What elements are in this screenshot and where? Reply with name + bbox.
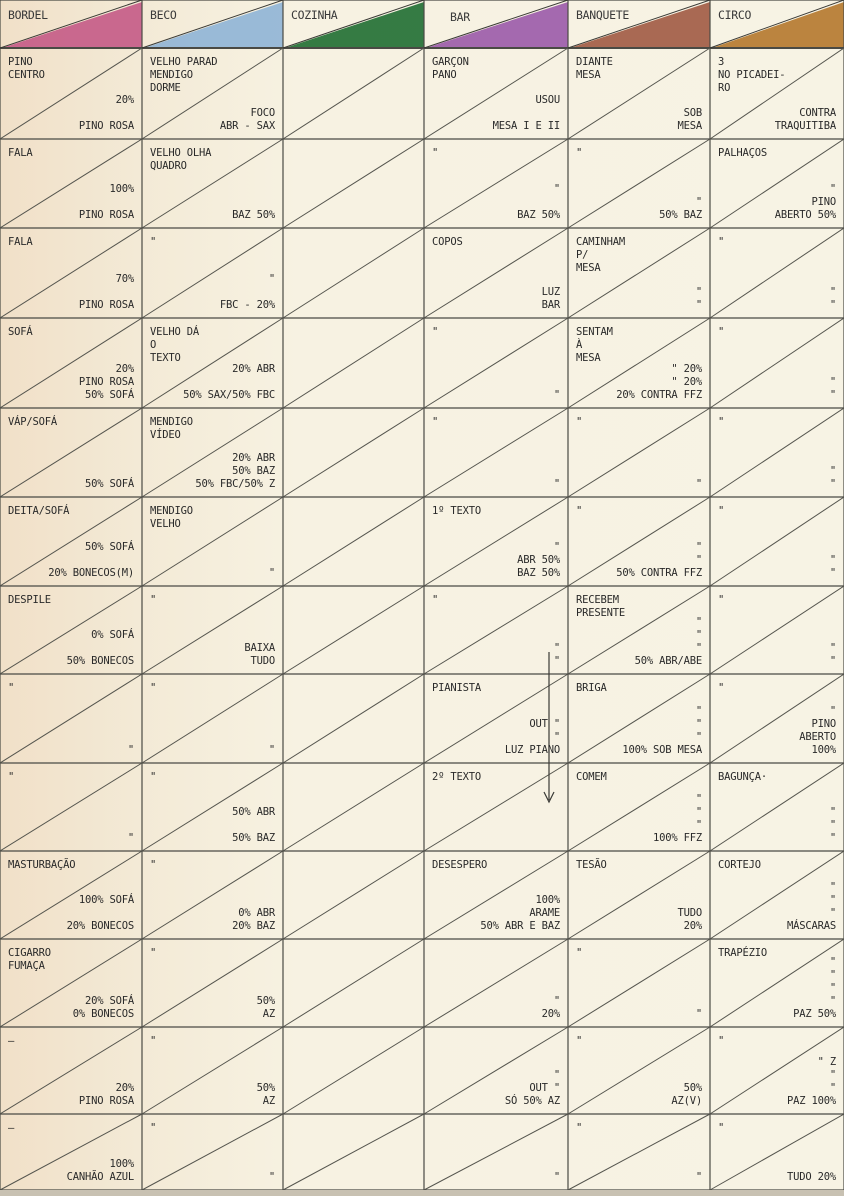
cue-action: VELHO DÁ O TEXTO (150, 326, 199, 365)
cue-light-level: " PINO ABERTO 50% (775, 183, 836, 222)
cue-action: RECEBEM PRESENTE (576, 594, 625, 620)
cue-action: " (150, 1035, 156, 1048)
cue-cell: " 20% (424, 939, 568, 1027)
cue-cell: "BAIXA TUDO (142, 586, 283, 674)
cue-action: 1º TEXTO (432, 505, 481, 518)
cue-light-level: " (128, 832, 134, 845)
cue-light-level: " " (830, 376, 836, 402)
cue-cell: VELHO OLHA QUADROBAZ 50% (142, 139, 283, 228)
cue-action: TRAPÉZIO (718, 947, 767, 960)
cue-light-level: " " (830, 465, 836, 491)
cue-light-level: " OUT " SÓ 50% AZ (505, 1069, 560, 1108)
cue-action: " (718, 682, 724, 695)
cue-cell: "" BAZ 50% (424, 139, 568, 228)
cue-action: " (150, 236, 156, 249)
cue-light-level: 20% PINO ROSA 50% SOFÁ (79, 363, 134, 402)
cue-action: PINO CENTRO (8, 56, 45, 82)
cue-action: MENDIGO VÍDEO (150, 416, 193, 442)
cue-action: " (576, 1035, 582, 1048)
cue-cell: CAMINHAM P/ MESA" " (568, 228, 710, 318)
cue-action: " (432, 326, 438, 339)
cue-cell: "" (0, 763, 142, 851)
cue-cell: "" PINO ABERTO 100% (710, 674, 844, 763)
cue-light-level: " ABR 50% BAZ 50% (517, 541, 560, 580)
cue-cell: RECEBEM PRESENTE" " " 50% ABR/ABE (568, 586, 710, 674)
cue-cell: CORTEJO" " " MÁSCARAS (710, 851, 844, 939)
cue-action: CAMINHAM P/ MESA (576, 236, 625, 275)
cue-action: VÁP/SOFÁ (8, 416, 57, 429)
cue-light-level: 100% SOFÁ 20% BONECOS (67, 894, 134, 933)
cue-cell: COPOSLUZ BAR (424, 228, 568, 318)
cue-action: " (718, 326, 724, 339)
cue-cell: TRAPÉZIO" " " " PAZ 50% (710, 939, 844, 1027)
cue-cell: "" (142, 674, 283, 763)
cue-cell: VELHO PARAD MENDIGO DORMEFOCO ABR - SAX (142, 48, 283, 139)
cue-cell: —20% PINO ROSA (0, 1027, 142, 1114)
cue-action: " (718, 236, 724, 249)
cue-cell: 3 NO PICADEI- ROCONTRA TRAQUITIBA (710, 48, 844, 139)
cue-cell (283, 851, 424, 939)
lighting-cue-sheet: BORDELBECOCOZINHABARBANQUETECIRCO PINO C… (0, 0, 844, 1196)
header-color-swatch (426, 2, 568, 48)
cue-cell: "" (0, 674, 142, 763)
cue-action: " (718, 505, 724, 518)
column-header-banquete: BANQUETE (576, 8, 629, 22)
cue-cell: TESÃOTUDO 20% (568, 851, 710, 939)
cue-action: " (150, 594, 156, 607)
cue-cell: 1º TEXTO" ABR 50% BAZ 50% (424, 497, 568, 586)
cue-light-level: " (554, 389, 560, 402)
cue-light-level: TUDO 20% (678, 907, 703, 933)
cue-action: DEITA/SOFÁ (8, 505, 69, 518)
cue-cell: "" " (424, 586, 568, 674)
cue-cell: "0% ABR 20% BAZ (142, 851, 283, 939)
cue-cell: DESPILE0% SOFÁ 50% BONECOS (0, 586, 142, 674)
cue-cell: GARÇON PANOUSOU MESA I e II (424, 48, 568, 139)
cue-action: PIANISTA (432, 682, 481, 695)
cue-light-level: " PINO ABERTO 100% (799, 705, 836, 757)
cue-light-level: " " (554, 642, 560, 668)
cue-light-level: 50% SOFÁ 20% BONECOS(M) (48, 541, 134, 580)
cue-cell: CIGARRO FUMAÇA20% SOFÁ 0% BONECOS (0, 939, 142, 1027)
cue-action: " (718, 1122, 724, 1135)
cue-action: " (8, 771, 14, 784)
column-header-bar: BAR (450, 10, 470, 24)
cue-action: MASTURBAÇÃO (8, 859, 75, 872)
cue-cell: MASTURBAÇÃO100% SOFÁ 20% BONECOS (0, 851, 142, 939)
cue-action: — (8, 1035, 14, 1048)
cue-action: " (432, 594, 438, 607)
cue-cell: " OUT " SÓ 50% AZ (424, 1027, 568, 1114)
cue-light-level: " Z " " PAZ 100% (787, 1056, 836, 1108)
cue-light-level: TUDO 20% (787, 1171, 836, 1184)
cue-cell: "" " (710, 408, 844, 497)
cue-action: " (576, 505, 582, 518)
cue-action: " (432, 416, 438, 429)
cue-action: " (576, 1122, 582, 1135)
cue-cell: "" " (710, 497, 844, 586)
cue-cell: "" (568, 1114, 710, 1190)
cue-action: " (150, 947, 156, 960)
cue-light-level: " " (830, 286, 836, 312)
cue-light-level: " " " MÁSCARAS (787, 881, 836, 933)
cue-cell: "" (424, 408, 568, 497)
cue-light-level: " FBC - 20% (220, 273, 275, 312)
cue-light-level: BAZ 50% (232, 209, 275, 222)
cue-light-level: " (696, 1008, 702, 1021)
cue-cell: " (424, 1114, 568, 1190)
cue-cell: "" " (710, 228, 844, 318)
cue-light-level: " " " (830, 806, 836, 845)
cue-cell (283, 1027, 424, 1114)
cue-light-level: BAIXA TUDO (244, 642, 275, 668)
cue-light-level: LUZ BAR (542, 286, 560, 312)
cue-cell: SOFÁ20% PINO ROSA 50% SOFÁ (0, 318, 142, 408)
cue-action: " (576, 416, 582, 429)
cue-cell: "" (568, 939, 710, 1027)
cue-light-level: " BAZ 50% (517, 183, 560, 222)
cue-action: " (576, 147, 582, 160)
cue-action: TESÃO (576, 859, 607, 872)
cue-cell: MENDIGO VELHO" (142, 497, 283, 586)
cue-light-level: OUT " " LUZ PIANO (505, 718, 560, 757)
cue-cell: PALHAÇOS" PINO ABERTO 50% (710, 139, 844, 228)
cue-cell: "" (142, 1114, 283, 1190)
cue-cell (283, 1114, 424, 1190)
cue-light-level: 20% PINO ROSA (79, 1082, 134, 1108)
cue-cell: "" Z " " PAZ 100% (710, 1027, 844, 1114)
cue-cell: MENDIGO VÍDEO20% ABR 50% BAZ 50% FBC/50%… (142, 408, 283, 497)
cue-cell: —100% CANHÃO AZUL (0, 1114, 142, 1190)
cue-cell: "" " (710, 318, 844, 408)
cue-action: SENTAM À MESA (576, 326, 613, 365)
cue-action: " (718, 594, 724, 607)
cue-cell (283, 939, 424, 1027)
cue-light-level: 100% PINO ROSA (79, 183, 134, 222)
cue-action: BRIGA (576, 682, 607, 695)
cue-action: SOFÁ (8, 326, 33, 339)
cue-cell: "" FBC - 20% (142, 228, 283, 318)
cue-cell: VELHO DÁ O TEXTO20% ABR 50% SAX/50% FBC (142, 318, 283, 408)
cue-light-level: " " (696, 286, 702, 312)
cue-light-level: " (269, 1171, 275, 1184)
column-header-cozinha: COZINHA (291, 8, 337, 22)
cue-light-level: SOB MESA (678, 107, 703, 133)
cue-cell: DIANTE MESASOB MESA (568, 48, 710, 139)
cue-light-level: 20% ABR 50% SAX/50% FBC (183, 363, 275, 402)
cue-action: DESESPERO (432, 859, 487, 872)
cue-cell: "50% AZ(V) (568, 1027, 710, 1114)
column-header-beco: BECO (150, 8, 177, 22)
cue-light-level: " (128, 744, 134, 757)
cue-cell: FALA100% PINO ROSA (0, 139, 142, 228)
cue-action: " (718, 1035, 724, 1048)
cue-action: DESPILE (8, 594, 51, 607)
cue-action: " (432, 147, 438, 160)
cue-light-level: " (554, 478, 560, 491)
cue-cell: "50% ABR 50% BAZ (142, 763, 283, 851)
cue-cell: "" (568, 408, 710, 497)
cue-light-level: 50% AZ (257, 995, 275, 1021)
cue-action: 2º TEXTO (432, 771, 481, 784)
cue-light-level: " " (830, 554, 836, 580)
cue-action: PALHAÇOS (718, 147, 767, 160)
cue-action: " (150, 682, 156, 695)
cue-cell: PINO CENTRO20% PINO ROSA (0, 48, 142, 139)
cue-light-level: " (696, 1171, 702, 1184)
cue-cell (283, 586, 424, 674)
cue-light-level: " " " 100% FFZ (653, 793, 702, 845)
cue-light-level: " " " 100% SOB MESA (622, 705, 702, 757)
cue-light-level: FOCO ABR - SAX (220, 107, 275, 133)
cue-cell (283, 497, 424, 586)
cue-light-level: " " " 50% ABR/ABE (635, 616, 702, 668)
cue-action: " (150, 771, 156, 784)
column-header-circo: CIRCO (718, 8, 751, 22)
cue-action: DIANTE MESA (576, 56, 613, 82)
cue-light-level: " " 50% CONTRA FFZ (616, 541, 702, 580)
cue-action: " (718, 416, 724, 429)
cue-action: CORTEJO (718, 859, 761, 872)
cue-cell: VÁP/SOFÁ50% SOFÁ (0, 408, 142, 497)
cue-action: CIGARRO FUMAÇA (8, 947, 51, 973)
cue-light-level: " " " " PAZ 50% (793, 956, 836, 1021)
cue-cell (283, 228, 424, 318)
cue-light-level: 50% AZ (257, 1082, 275, 1108)
cue-light-level: 50% ABR 50% BAZ (232, 806, 275, 845)
cue-cell: BRIGA" " " 100% SOB MESA (568, 674, 710, 763)
cue-cell: "" (424, 318, 568, 408)
scan-edge (0, 1190, 844, 1196)
cue-cell: "50% AZ (142, 939, 283, 1027)
cue-action: GARÇON PANO (432, 56, 469, 82)
cue-light-level: CONTRA TRAQUITIBA (775, 107, 836, 133)
cue-action: VELHO PARAD MENDIGO DORME (150, 56, 217, 95)
cue-action: " (150, 1122, 156, 1135)
cue-light-level: 0% SOFÁ 50% BONECOS (67, 629, 134, 668)
cue-light-level: " (269, 567, 275, 580)
cue-light-level: 50% SOFÁ (85, 478, 134, 491)
cue-light-level: " 20% " 20% 20% CONTRA FFZ (616, 363, 702, 402)
cue-light-level: 100% ARAME 50% ABR e BAZ (480, 894, 560, 933)
cue-action: COMEM (576, 771, 607, 784)
cue-light-level: 20% PINO ROSA (79, 94, 134, 133)
cue-action: VELHO OLHA QUADRO (150, 147, 211, 173)
cue-light-level: 50% AZ(V) (671, 1082, 702, 1108)
cue-light-level: " " (830, 642, 836, 668)
cue-light-level: " 50% BAZ (659, 196, 702, 222)
cue-light-level: " (554, 1171, 560, 1184)
cue-cell (283, 318, 424, 408)
cue-cell: "" " 50% CONTRA FFZ (568, 497, 710, 586)
cue-cell: FALA70% PINO ROSA (0, 228, 142, 318)
cue-light-level: 70% PINO ROSA (79, 273, 134, 312)
cue-cell: SENTAM À MESA" 20% " 20% 20% CONTRA FFZ (568, 318, 710, 408)
cue-cell: 2º TEXTO (424, 763, 568, 851)
cue-action: " (576, 947, 582, 960)
cue-action: — (8, 1122, 14, 1135)
cue-cell: DEITA/SOFÁ50% SOFÁ 20% BONECOS(M) (0, 497, 142, 586)
cue-action: " (8, 682, 14, 695)
cue-light-level: " (696, 478, 702, 491)
cue-cell (283, 408, 424, 497)
cue-cell: "50% AZ (142, 1027, 283, 1114)
cue-cell: BAGUNÇA·" " " (710, 763, 844, 851)
cue-cell: "" 50% BAZ (568, 139, 710, 228)
cue-action: FALA (8, 147, 33, 160)
cue-cell: DESESPERO100% ARAME 50% ABR e BAZ (424, 851, 568, 939)
cue-cell (283, 48, 424, 139)
cue-cell: PIANISTAOUT " " LUZ PIANO (424, 674, 568, 763)
cue-light-level: 20% ABR 50% BAZ 50% FBC/50% Z (195, 452, 275, 491)
cue-light-level: " (269, 744, 275, 757)
cue-action: BAGUNÇA· (718, 771, 767, 784)
cue-light-level: 100% CANHÃO AZUL (67, 1158, 134, 1184)
cue-cell: "" " (710, 586, 844, 674)
column-header-bordel: BORDEL (8, 8, 48, 22)
cue-action: FALA (8, 236, 33, 249)
cue-light-level: 0% ABR 20% BAZ (232, 907, 275, 933)
cue-light-level: 20% SOFÁ 0% BONECOS (73, 995, 134, 1021)
cue-cell (283, 674, 424, 763)
cue-action: 3 NO PICADEI- RO (718, 56, 785, 95)
cue-cell (283, 763, 424, 851)
cue-action: COPOS (432, 236, 463, 249)
cue-cell: "TUDO 20% (710, 1114, 844, 1190)
cue-light-level: USOU MESA I e II (493, 94, 560, 133)
cue-light-level: " 20% (542, 995, 560, 1021)
cue-cell: COMEM" " " 100% FFZ (568, 763, 710, 851)
cue-action: MENDIGO VELHO (150, 505, 193, 531)
cue-cell (283, 139, 424, 228)
cue-action: " (150, 859, 156, 872)
